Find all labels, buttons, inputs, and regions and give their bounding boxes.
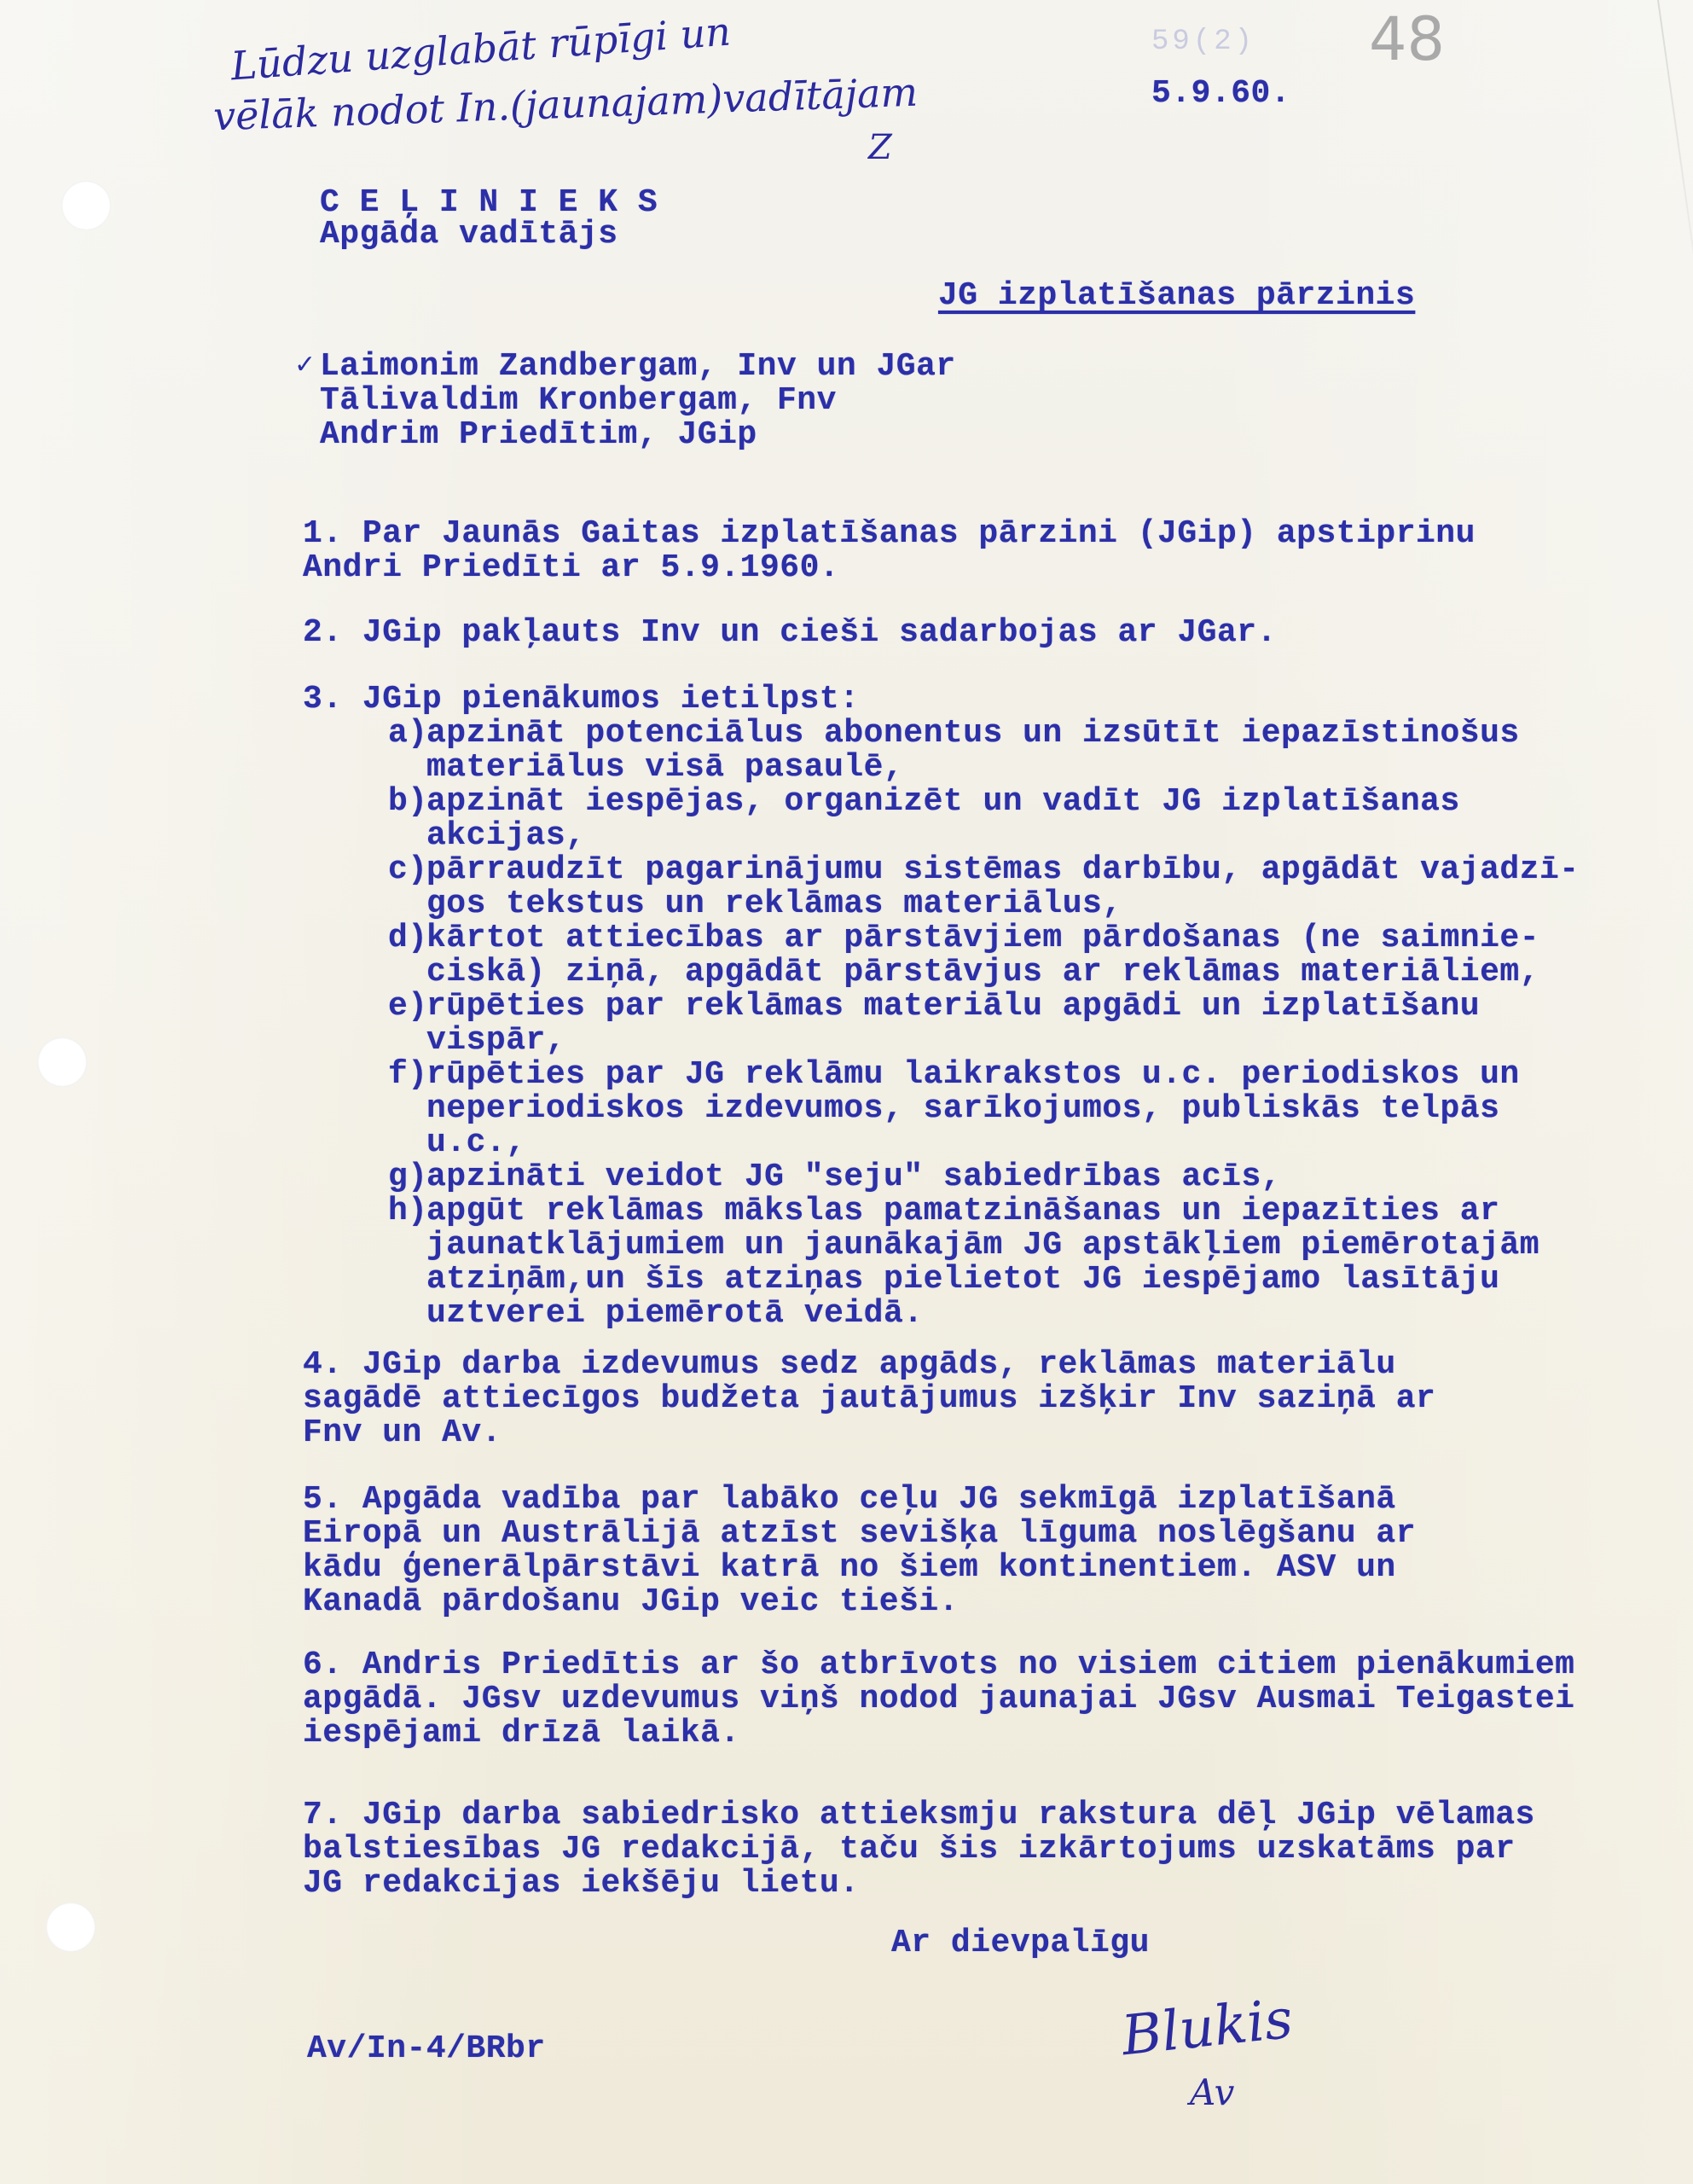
duty-item-text: apzināt iespējas, organizēt un vadīt JG … (426, 785, 1460, 819)
recipient: Tālivaldim Kronbergam, Fnv (320, 384, 837, 418)
point-7-line: JG redakcijas iekšēju lietu. (303, 1867, 860, 1901)
duty-item-text: apzināt potenciālus abonentus un izsūtīt… (426, 717, 1520, 751)
document-subject: JG izplatīšanas pārzinis (938, 279, 1415, 313)
duty-item-label: g) (388, 1160, 428, 1194)
duty-item-text: u.c., (426, 1126, 526, 1160)
duty-item-label: a) (388, 717, 428, 751)
duty-item-text: apgūt reklāmas mākslas pamatzināšanas un… (426, 1194, 1499, 1228)
duty-item-label: f) (388, 1058, 428, 1092)
duty-item-text: atziņām,un šīs atziņas pielietot JG iesp… (426, 1263, 1499, 1297)
duty-item-text: jaunatklājumiem un jaunākajām JG apstākļ… (426, 1228, 1539, 1263)
letterhead-org: C E Ļ I N I E K S (320, 186, 658, 220)
duty-item-text: gos tekstus un reklāmas materiālus, (426, 887, 1122, 921)
duty-item-text: rūpēties par reklāmas materiālu apgādi u… (426, 990, 1480, 1024)
pencil-page-number: 48 (1369, 4, 1445, 74)
point-5-line: kādu ģenerālpārstāvi katrā no šiem konti… (303, 1551, 1396, 1585)
duty-item-label: h) (388, 1194, 428, 1228)
letterhead-role: Apgāda vadītājs (320, 218, 618, 252)
point-1-line: 1. Par Jaunās Gaitas izplatīšanas pārzin… (303, 517, 1476, 551)
faded-stamp: 59(2) (1151, 26, 1255, 58)
duty-item-text: ciskā) ziņā, apgādāt pārstāvjus ar reklā… (426, 955, 1539, 990)
duty-item-text: neperiodiskos izdevumos, sarīkojumos, pu… (426, 1092, 1499, 1126)
signature-role: Av (1190, 2071, 1234, 2113)
point-7-line: 7. JGip darba sabiedrisko attieksmju rak… (303, 1798, 1535, 1833)
document-date: 5.9.60. (1151, 77, 1290, 111)
point-5-line: 5. Apgāda vadība par labāko ceļu JG sekm… (303, 1483, 1396, 1517)
point-4-line: 4. JGip darba izdevumus sedz apgāds, rek… (303, 1348, 1396, 1382)
point-5-line: Kanadā pārdošanu JGip veic tieši. (303, 1585, 959, 1619)
duty-item-label: b) (388, 785, 428, 819)
point-4-line: sagādē attiecīgos budžeta jautājumus izš… (303, 1382, 1435, 1416)
duty-item-text: apzināti veidot JG "seju" sabiedrības ac… (426, 1160, 1281, 1194)
point-2: 2. JGip pakļauts Inv un cieši sadarbojas… (303, 616, 1277, 650)
duty-item-text: materiālus visā pasaulē, (426, 751, 903, 785)
paper-fold-line (1657, 0, 1693, 355)
handwritten-initials: Z (868, 128, 892, 167)
closing-salutation: Ar dievpalīgu (891, 1926, 1150, 1960)
duty-item-text: vispār, (426, 1024, 565, 1058)
point-7-line: balstiesības JG redakcijā, taču šis izkā… (303, 1833, 1516, 1867)
signature: Blukis (1119, 1988, 1296, 2069)
handwritten-note-line-1: Lūdzu uzglabāt rūpīgi un (229, 9, 733, 90)
duty-item-text: kārtot attiecības ar pārstāvjiem pārdoša… (426, 921, 1539, 955)
punch-hole (61, 181, 111, 230)
point-4-line: Fnv un Av. (303, 1416, 502, 1450)
point-6-line: 6. Andris Priedītis ar šo atbrīvots no v… (303, 1648, 1574, 1682)
point-6-line: apgādā. JGsv uzdevumus viņš nodod jaunaj… (303, 1682, 1574, 1716)
punch-hole (38, 1037, 87, 1087)
duty-item-text: pārraudzīt pagarinājumu sistēmas darbību… (426, 853, 1580, 887)
point-5-line: Eiropā un Austrālijā atzīst sevišķa līgu… (303, 1517, 1416, 1551)
point-3-heading: 3. JGip pienākumos ietilpst: (303, 682, 860, 717)
recipient: Andrim Priedītim, JGip (320, 418, 757, 452)
duty-item-text: akcijas, (426, 819, 585, 853)
duty-item-label: c) (388, 853, 428, 887)
duty-item-text: uztverei piemērotā veidā. (426, 1297, 924, 1331)
duty-item-label: d) (388, 921, 428, 955)
point-1-line: Andri Priedīti ar 5.9.1960. (303, 551, 839, 585)
punch-hole (46, 1902, 96, 1952)
point-6-line: iespējami drīzā laikā. (303, 1716, 740, 1751)
duty-item-text: rūpēties par JG reklāmu laikrakstos u.c.… (426, 1058, 1520, 1092)
recipient: Laimonim Zandbergam, Inv un JGar (320, 350, 956, 384)
check-mark-icon: ✓ (294, 350, 316, 380)
reference-code: Av/In-4/BRbr (307, 2032, 546, 2066)
duty-item-label: e) (388, 990, 428, 1024)
